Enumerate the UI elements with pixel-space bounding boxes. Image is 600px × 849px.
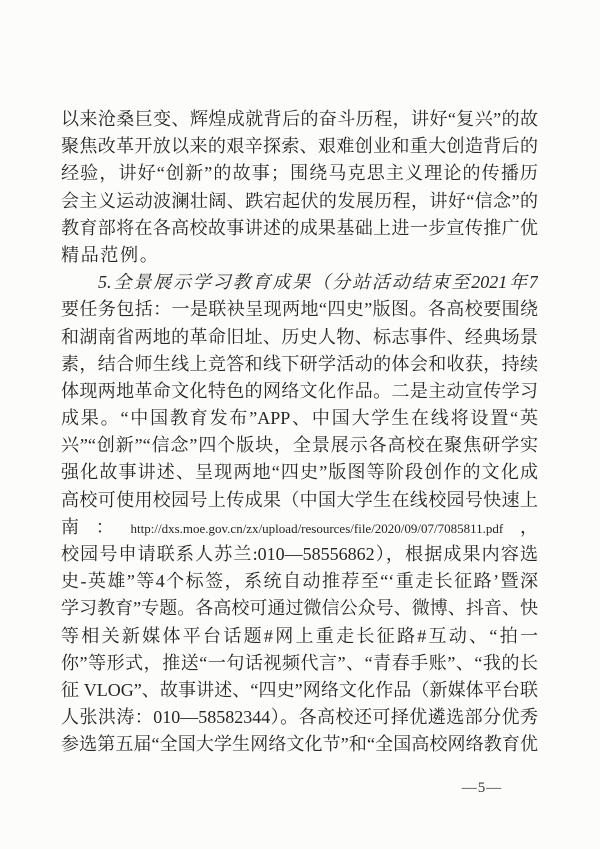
text-line: 等相关新媒体平台话题#网上重走长征路#互动、“拍一拍”、“@ xyxy=(61,623,538,650)
paragraph-end-line: 精品范例。 xyxy=(61,242,538,269)
text-line: 聚焦改革开放以来的艰辛探索、艰难创业和重大创造背后的宝贵 xyxy=(61,133,538,160)
url-line: 南：http://dxs.moe.gov.cn/zx/upload/resour… xyxy=(61,514,538,541)
text-line: 学习教育”专题。各高校可通过微信公众号、微博、抖音、快手 xyxy=(61,595,538,622)
text-line: 以来沧桑巨变、辉煌成就背后的奋斗历程，讲好“复兴”的故事； xyxy=(61,106,538,133)
text-line: 人张洪涛：010—58582344）。各高校还可择优遴选部分优秀作品 xyxy=(61,704,538,731)
text-line: 教育部将在各高校故事讲述的成果基础上进一步宣传推广优秀 xyxy=(61,215,538,242)
text-line: 素，结合师生线上竞答和线下研学活动的体会和收获，持续创作 xyxy=(61,351,538,378)
text-line: 兴”“创新”“信念”四个版块，全景展示各高校在聚焦研学实践、 xyxy=(61,432,538,459)
section-heading-line: 5.全景展示学习教育成果（分站活动结束至2021年7月）。主 xyxy=(61,269,538,296)
text-line: 体现两地革命文化特色的网络文化作品。二是主动宣传学习教育 xyxy=(61,378,538,405)
text-run: ， xyxy=(503,517,538,537)
text-line: 校园号申请联系人苏兰:010—58556862），根据成果内容选择“四 xyxy=(61,541,538,568)
page-number: —5— xyxy=(440,779,524,799)
text-line: 你”等形式，推送“一句话视频代言”、“青春手账”、“我的长 xyxy=(61,650,538,677)
text-line: 高校可使用校园号上传成果（中国大学生在线校园号快速上手指 xyxy=(61,487,538,514)
text-line: 成果。“中国教育发布”APP、中国大学生在线将设置“英雄”“复 xyxy=(61,405,538,432)
text-line: 强化故事讲述、呈现两地“四史”版图等阶段创作的文化成果。各 xyxy=(61,459,538,486)
text-line: 要任务包括：一是联袂呈现两地“四史”版图。各高校要围绕我省 xyxy=(61,296,538,323)
document-body: 以来沧桑巨变、辉煌成就背后的奋斗历程，讲好“复兴”的故事； 聚焦改革开放以来的艰… xyxy=(61,106,538,759)
text-line: 经验，讲好“创新”的故事；围绕马克思主义理论的传播历史，社 xyxy=(61,160,538,187)
section-5-heading: 5.全景展示学习教育成果（分站活动结束至2021年7月）。 xyxy=(98,272,538,296)
text-line: 和湖南省两地的革命旧址、历史人物、标志事件、经典场景等要 xyxy=(61,324,538,351)
text-line: 参选第五届“全国大学生网络文化节”和“全国高校网络教育优秀 xyxy=(61,731,538,758)
text-line: 史-英雄”等4个标签，系统自动推荐至“‘重走长征路’暨深化‘四史’ xyxy=(61,568,538,595)
document-page: 以来沧桑巨变、辉煌成就背后的奋斗历程，讲好“复兴”的故事； 聚焦改革开放以来的艰… xyxy=(0,0,600,849)
text-line: 会主义运动波澜壮阔、跌宕起伏的发展历程，讲好“信念”的故事。 xyxy=(61,188,538,215)
document-url: http://dxs.moe.gov.cn/zx/upload/resource… xyxy=(131,521,504,536)
text-line: 征 VLOG”、故事讲述、“四史”网络文化作品（新媒体平台联系 xyxy=(61,677,538,704)
text-run: 南： xyxy=(61,517,131,537)
